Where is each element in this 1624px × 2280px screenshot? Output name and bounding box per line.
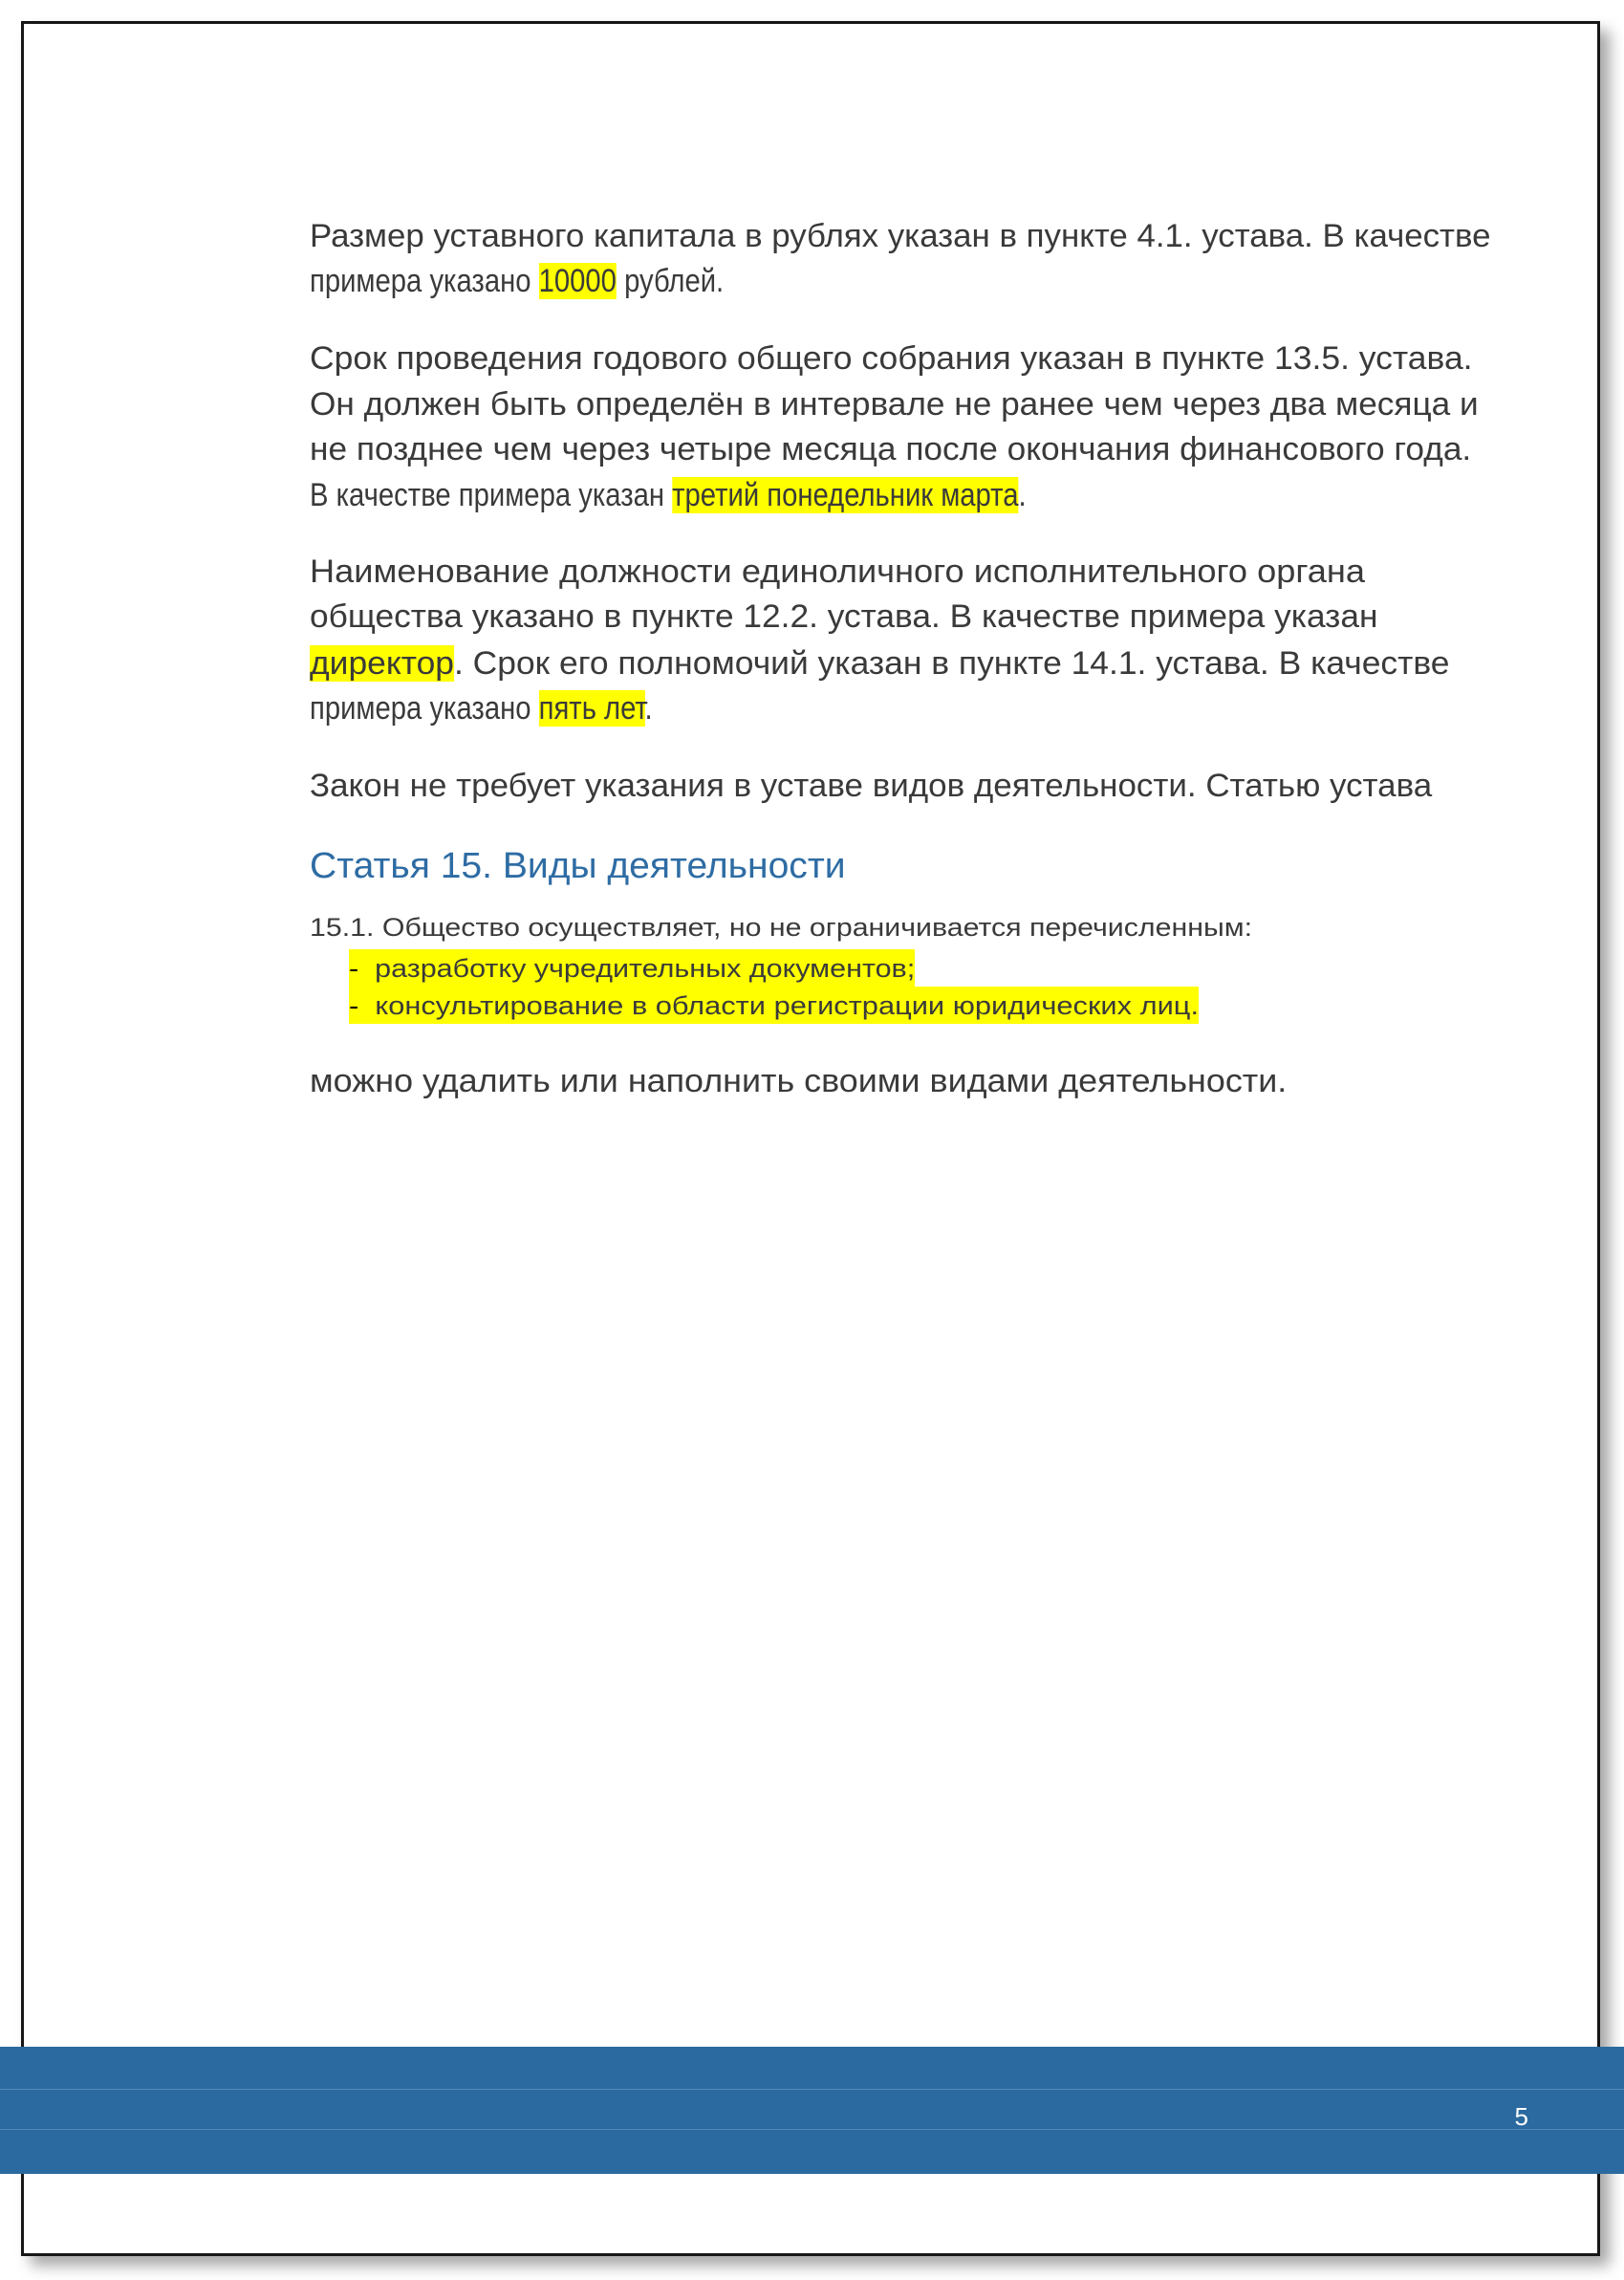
highlighted-text: третий понедельник марта bbox=[672, 477, 1018, 513]
text-run: . bbox=[1019, 477, 1027, 513]
text-run: Закон не требует указания в уставе видов… bbox=[310, 768, 1432, 804]
text-run: . bbox=[645, 690, 653, 727]
text-run: общества указано в пункте 12.2. устава. … bbox=[310, 598, 1377, 635]
paragraph-line: Закон не требует указания в уставе видов… bbox=[310, 764, 1432, 809]
bullet-item: - разработку учредительных документов; bbox=[349, 949, 915, 987]
paragraph-line: общества указано в пункте 12.2. устава. … bbox=[310, 595, 1377, 640]
text-run: не позднее чем через четыре месяца после… bbox=[310, 431, 1471, 467]
bullet-item: - консультирование в области регистрации… bbox=[349, 987, 1199, 1024]
paragraph-line: Срок проведения годового общего собрания… bbox=[310, 337, 1473, 381]
paragraph-line: Он должен быть определён в интервале не … bbox=[310, 382, 1479, 427]
bullet-dash-icon: - bbox=[349, 954, 358, 983]
paragraph-line: Наименование должности единоличного испо… bbox=[310, 550, 1365, 595]
article-clause: 15.1. Общество осуществляет, но не огран… bbox=[310, 908, 1252, 946]
text-run: . Срок его полномочий указан в пункте 14… bbox=[454, 645, 1450, 682]
highlighted-text: пять лет bbox=[539, 690, 645, 727]
bullet-text: консультирование в области регистрации ю… bbox=[375, 991, 1199, 1020]
article-heading: Статья 15. Виды деятельности bbox=[310, 844, 846, 889]
paragraph-line: примера указано пять лет. bbox=[310, 686, 653, 731]
paragraph-line: В качестве примера указан третий понедел… bbox=[310, 473, 1027, 518]
text-run: Срок проведения годового общего собрания… bbox=[310, 340, 1473, 377]
highlighted-text: 10000 bbox=[539, 263, 617, 299]
bullet-dash-icon: - bbox=[349, 991, 358, 1020]
paragraph-line: Размер уставного капитала в рублях указа… bbox=[310, 214, 1491, 259]
text-run: примера указано bbox=[310, 263, 539, 299]
closing-text: можно удалить или наполнить своими видам… bbox=[310, 1059, 1287, 1104]
text-run: рублей. bbox=[617, 263, 724, 299]
page-number: 5 bbox=[1515, 2102, 1528, 2131]
footer-band bbox=[0, 2047, 1624, 2174]
text-run: Размер уставного капитала в рублях указа… bbox=[310, 218, 1491, 254]
text-run: Наименование должности единоличного испо… bbox=[310, 554, 1365, 590]
text-run: Он должен быть определён в интервале не … bbox=[310, 386, 1479, 423]
bullet-text: разработку учредительных документов; bbox=[375, 954, 915, 983]
paragraph-line: примера указано 10000 рублей. bbox=[310, 259, 724, 304]
highlighted-text: директор bbox=[310, 645, 454, 682]
text-run: В качестве примера указан bbox=[310, 477, 672, 513]
paragraph-line: не позднее чем через четыре месяца после… bbox=[310, 427, 1471, 472]
paragraph-line: директор. Срок его полномочий указан в п… bbox=[310, 641, 1450, 686]
text-run: примера указано bbox=[310, 690, 539, 727]
